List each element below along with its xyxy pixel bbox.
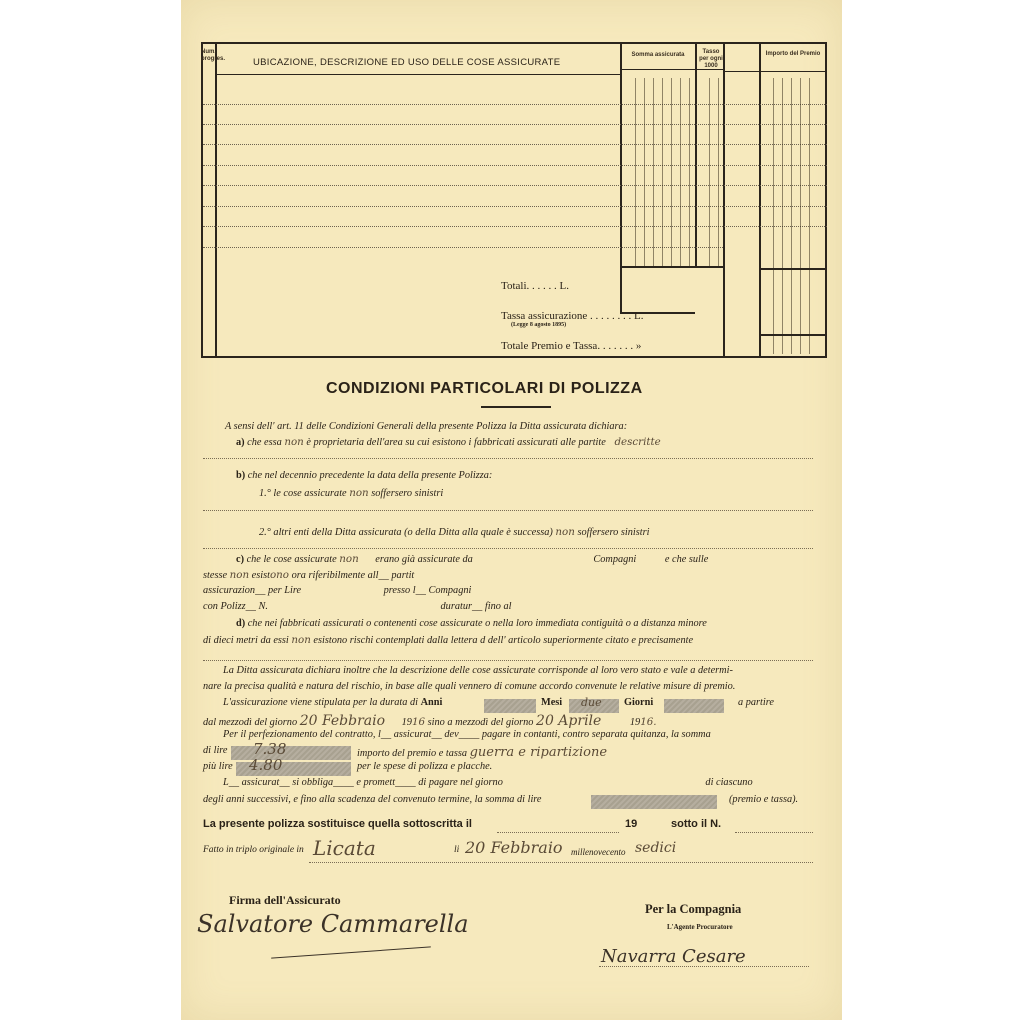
clause-letter: b): [236, 470, 245, 481]
clause-text: sino a mezzodì del giorno: [428, 717, 534, 728]
fill-line: [203, 458, 813, 459]
clause-text: per le spese di polizza e placche.: [357, 761, 492, 772]
clause-d-line1: d) che nei fabbricati assicurati o conte…: [236, 618, 707, 629]
table-row-line: [203, 185, 827, 186]
clause-letter: d): [236, 618, 245, 629]
clause-d-line2: di dieci metri da essi non esistono risc…: [203, 634, 693, 646]
agente-label: L'Agente Procuratore: [667, 923, 733, 931]
handwritten-place: Licata: [313, 836, 376, 860]
totals-separator: [761, 268, 827, 270]
dal-line: dal mezzodì del giorno 20 Febbraio 1916 …: [203, 713, 657, 729]
table-row-line: [203, 124, 827, 125]
clause-text: che nei fabbricati assicurati o contenen…: [248, 618, 707, 629]
anni-label: Anni: [421, 697, 443, 708]
handwritten-entry: non: [555, 526, 574, 538]
col-divider: [215, 44, 217, 356]
declaration-line2: nare la precisa qualità e natura del ris…: [203, 681, 735, 692]
fill-line: [309, 862, 813, 863]
clause-text: erano già assicurate da: [375, 554, 473, 565]
section-title: CONDIZIONI PARTICOLARI DI POLIZZA: [326, 380, 643, 398]
handwritten-entry: non: [230, 569, 249, 581]
clause-a: a) che essa non è proprietaria dell'area…: [236, 436, 661, 448]
clause-letter: c): [236, 554, 244, 565]
clause-text: fino al: [485, 601, 512, 612]
pagamento-line1: Per il perfezionamento del contratto, l_…: [223, 729, 711, 740]
table-row-line: [203, 165, 827, 166]
clause-b2: 2.° altri enti della Ditta assicurata (o…: [259, 526, 649, 538]
tassa-separator: [761, 334, 827, 336]
clause-text: 2.° altri enti della Ditta assicurata (o…: [259, 527, 553, 538]
handwritten-entry: 16.: [640, 716, 656, 728]
fatto-label: Fatto in triplo originale in: [203, 845, 304, 855]
totals-box-side: [620, 266, 622, 314]
clause-text: 1.° le cose assicurate: [259, 488, 347, 499]
handwritten-entry: 4.80: [249, 756, 282, 774]
compagnia-label: Per la Compagnia: [645, 902, 741, 917]
clause-text: L'assicurazione viene stipulata per la d…: [223, 697, 418, 708]
sostituisce-numero-label: sotto il N.: [671, 818, 721, 830]
col-divider: [759, 44, 761, 356]
col-divider: [620, 44, 622, 274]
giorni-label: Giorni: [624, 697, 653, 708]
header-importo: Importo del Premio: [763, 51, 823, 58]
intro-text: A sensi dell' art. 11 delle Condizioni G…: [225, 421, 627, 432]
millenovecento-label: millenovecento: [571, 847, 625, 857]
header-underline: [621, 69, 695, 70]
clause-c-line3: assicurazion__ per Lire presso l__ Compa…: [203, 585, 471, 596]
handwritten-date: 20 Febbraio: [465, 838, 563, 857]
clause-text: soffersero sinistri: [577, 527, 649, 538]
giorni-field: [664, 699, 724, 713]
clause-text: Compagni: [593, 554, 636, 565]
clause-text: esist: [252, 570, 270, 581]
clause-b1: 1.° le cose assicurate non soffersero si…: [259, 487, 443, 499]
obbligo-line1: L__ assicurat__ si obbliga____ e promett…: [223, 777, 753, 788]
di-lire-label: di lire: [203, 745, 228, 756]
clause-text: (premio e tassa).: [729, 794, 798, 805]
handwritten-entry: ono: [270, 569, 289, 581]
clause-text: Compagni: [428, 585, 471, 596]
clause-text: 19: [630, 717, 640, 728]
policy-page: Num. progres. UBICAZIONE, DESCRIZIONE ED…: [181, 0, 842, 1020]
signature-flourish: [271, 946, 431, 958]
handwritten-entry: guerra e ripartizione: [470, 745, 607, 760]
importo-line: importo del premio e tassa guerra e ripa…: [357, 745, 607, 760]
fill-line: [203, 548, 813, 549]
fill-line: [203, 510, 813, 511]
obbligo-line2: degli anni successivi, e fino alla scade…: [203, 794, 542, 805]
clause-text: e promett: [356, 777, 395, 788]
table-row-line: [203, 206, 827, 207]
clause-c-line4: con Polizz__ N. duratur__ fino al: [203, 601, 512, 612]
clause-text: che nel decennio precedente la data dell…: [248, 470, 493, 481]
header-underline: [761, 71, 827, 72]
clause-text: per Lire: [268, 585, 301, 596]
importo-digit-grid: [765, 78, 815, 354]
li-label: li: [454, 845, 459, 855]
somma-digit-grid: [627, 78, 693, 266]
signature-line: [599, 966, 809, 967]
handwritten-entry: non: [284, 436, 303, 448]
clause-text: di dieci metri da essi: [203, 635, 289, 646]
piu-lire-label: più lire: [203, 761, 233, 772]
clause-text: importo del premio e tassa: [357, 748, 467, 759]
clause-text: di ciascuno: [705, 777, 752, 788]
handwritten-entry: descritte: [614, 436, 660, 448]
sostituisce-anno: 19: [625, 818, 637, 830]
sostituisce-text: La presente polizza sostituisce quella s…: [203, 818, 472, 830]
totale-label: Totale Premio e Tassa. . . . . . . »: [501, 340, 641, 352]
header-tasso: Tasso per ogni 1000: [699, 49, 723, 70]
clause-c-line1: c) che le cose assicurate non erano già …: [236, 553, 708, 565]
clause-text: a partire: [738, 697, 774, 708]
header-description: UBICAZIONE, DESCRIZIONE ED USO DELLE COS…: [253, 57, 560, 68]
handwritten-entry: 16: [412, 716, 425, 728]
assicurato-signature-label: Firma dell'Assicurato: [229, 893, 341, 908]
header-num: Num. progres.: [201, 49, 215, 63]
clause-text: di pagare nel giorno: [418, 777, 503, 788]
tassa-label: Tassa assicurazione . . . . . . . . L.: [501, 310, 644, 322]
title-ornament: [481, 406, 551, 408]
col-divider: [723, 44, 725, 356]
agente-signature: Navarra Cesare: [601, 946, 746, 967]
fill-line: [203, 660, 813, 661]
header-underline: [215, 74, 620, 75]
table-row-line: [203, 226, 827, 227]
clause-text: assicurazion: [203, 585, 255, 596]
clause-text: che le cose assicurate: [247, 554, 337, 565]
assicurato-signature: Salvatore Cammarella: [197, 910, 469, 938]
clause-text: che essa: [247, 437, 282, 448]
durata-line: L'assicurazione viene stipulata per la d…: [223, 697, 442, 708]
fill-line: [497, 832, 619, 833]
header-somma: Somma assicurata: [628, 52, 688, 59]
tasso-digit-grid: [701, 78, 719, 266]
clause-text: 19: [402, 717, 412, 728]
handwritten-year: sedici: [635, 840, 676, 856]
handwritten-entry: non: [349, 487, 368, 499]
handwritten-entry: 20 Aprile: [536, 713, 601, 729]
clause-letter: a): [236, 437, 245, 448]
clause-text: ora riferibilmente all: [292, 570, 379, 581]
clause-text: N.: [259, 601, 268, 612]
totals-separator: [621, 266, 723, 268]
col-divider: [695, 44, 697, 266]
clause-text: duratur: [441, 601, 472, 612]
handwritten-entry: non: [339, 553, 358, 565]
clause-text: stesse: [203, 570, 227, 581]
anni-field: [484, 699, 536, 713]
clause-text: L__ assicurat__ si obbliga: [223, 777, 333, 788]
handwritten-entry: due: [581, 696, 602, 709]
totali-label: Totali. . . . . . L.: [501, 280, 569, 292]
clause-text: esistono rischi contemplati dalla letter…: [313, 635, 693, 646]
clause-text: con Polizz: [203, 601, 246, 612]
clause-text: dal mezzodì del giorno: [203, 717, 297, 728]
clause-text: e che sulle: [665, 554, 708, 565]
mesi-label: Mesi: [541, 697, 562, 708]
clause-text: presso l: [384, 585, 416, 596]
clause-text: è proprietaria dell'area su cui esistono…: [306, 437, 605, 448]
handwritten-entry: non: [291, 634, 310, 646]
clause-b: b) che nel decennio precedente la data d…: [236, 470, 492, 481]
handwritten-entry: 20 Febbraio: [300, 713, 385, 729]
insured-items-table: Num. progres. UBICAZIONE, DESCRIZIONE ED…: [201, 42, 827, 358]
header-underline: [725, 71, 759, 72]
tassa-note: (Legge 8 agosto 1895): [511, 322, 566, 328]
clause-text: soffersero sinistri: [371, 488, 443, 499]
declaration-line1: La Ditta assicurata dichiara inoltre che…: [223, 665, 733, 676]
clause-c-line2: stesse non esistono ora riferibilmente a…: [203, 569, 414, 581]
table-row-line: [203, 104, 827, 105]
clause-text: partit: [391, 570, 414, 581]
annual-sum-field: [591, 795, 717, 809]
table-row-line: [203, 144, 827, 145]
fill-line: [735, 832, 813, 833]
